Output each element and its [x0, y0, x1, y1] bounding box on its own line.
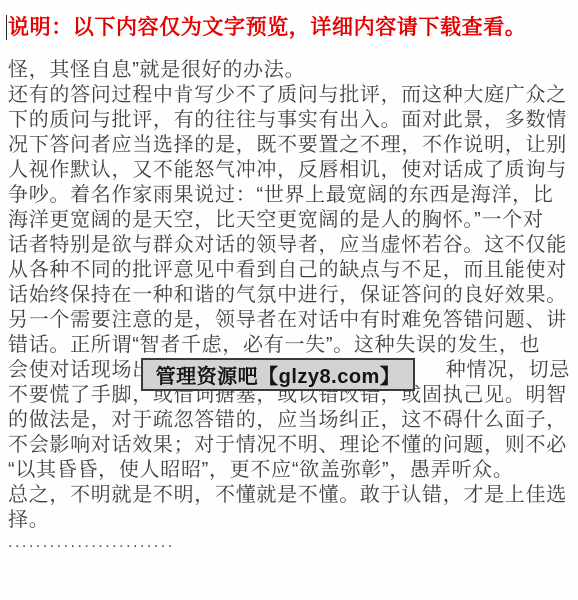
- text-line: 总之，不明就是不明，不懂就是不懂。敢于认错，才是上佳选: [8, 483, 570, 508]
- text-segment-left: 会使对话现场出: [8, 358, 153, 383]
- text-line: 的做法是，对于疏忽答错的，应当场纠正，这不碍什么面子，: [8, 408, 570, 433]
- text-line: 怪，其怪自息”就是很好的办法。: [8, 58, 570, 83]
- document-body: 怪，其怪自息”就是很好的办法。 还有的答问过程中肯写少不了质问与批评，而这种大庭…: [8, 58, 570, 558]
- preview-notice: 说明：以下内容仅为文字预览，详细内容请下载查看。: [8, 14, 526, 42]
- text-line: 话始终保持在一种和谐的气氛中进行，保证答问的良好效果。: [8, 283, 570, 308]
- text-line: 海洋更宽阔的是天空，比天空更宽阔的是人的胸怀。”一个对: [8, 208, 570, 233]
- text-line: 争吵。着名作家雨果说过：“世界上最宽阔的东西是海洋，比: [8, 183, 570, 208]
- text-line: 人视作默认，又不能怒气冲冲，反唇相讥，使对话成了质询与: [8, 158, 570, 183]
- text-line: 择。: [8, 508, 570, 533]
- ellipsis-line: ........................: [8, 533, 570, 558]
- text-line: 不会影响对话效果；对于情况不明、理论不懂的问题，则不必: [8, 433, 570, 458]
- text-line: 况下答问者应当选择的是，既不要置之不理，不作说明，让别: [8, 133, 570, 158]
- text-line: 下的质问与批评，有的往往与事实有出入。面对此景，多数情: [8, 108, 570, 133]
- text-segment-right: 种情况，切忌: [446, 358, 570, 383]
- text-line: 另一个需要注意的是，领导者在对话中有时难免答错问题、讲: [8, 308, 570, 333]
- text-line: 话者特别是欲与群众对话的领导者，应当虚怀若谷。这不仅能: [8, 233, 570, 258]
- text-line: “以其昏昏，使人昭昭”，更不应“欲盖弥彰”，愚弄听众。: [8, 458, 570, 483]
- text-line: 从各种不同的批评意见中看到自己的缺点与不足，而且能使对: [8, 258, 570, 283]
- text-line: 错话。正所谓“智者千虑，必有一失”。这种失误的发生，也: [8, 333, 570, 358]
- text-line: 还有的答问过程中肯写少不了质问与批评，而这种大庭广众之: [8, 83, 570, 108]
- text-caret: [6, 15, 7, 40]
- watermark-badge: 管理资源吧【glzy8.com】: [141, 358, 415, 391]
- watermark-text: 管理资源吧【glzy8.com】: [156, 360, 401, 389]
